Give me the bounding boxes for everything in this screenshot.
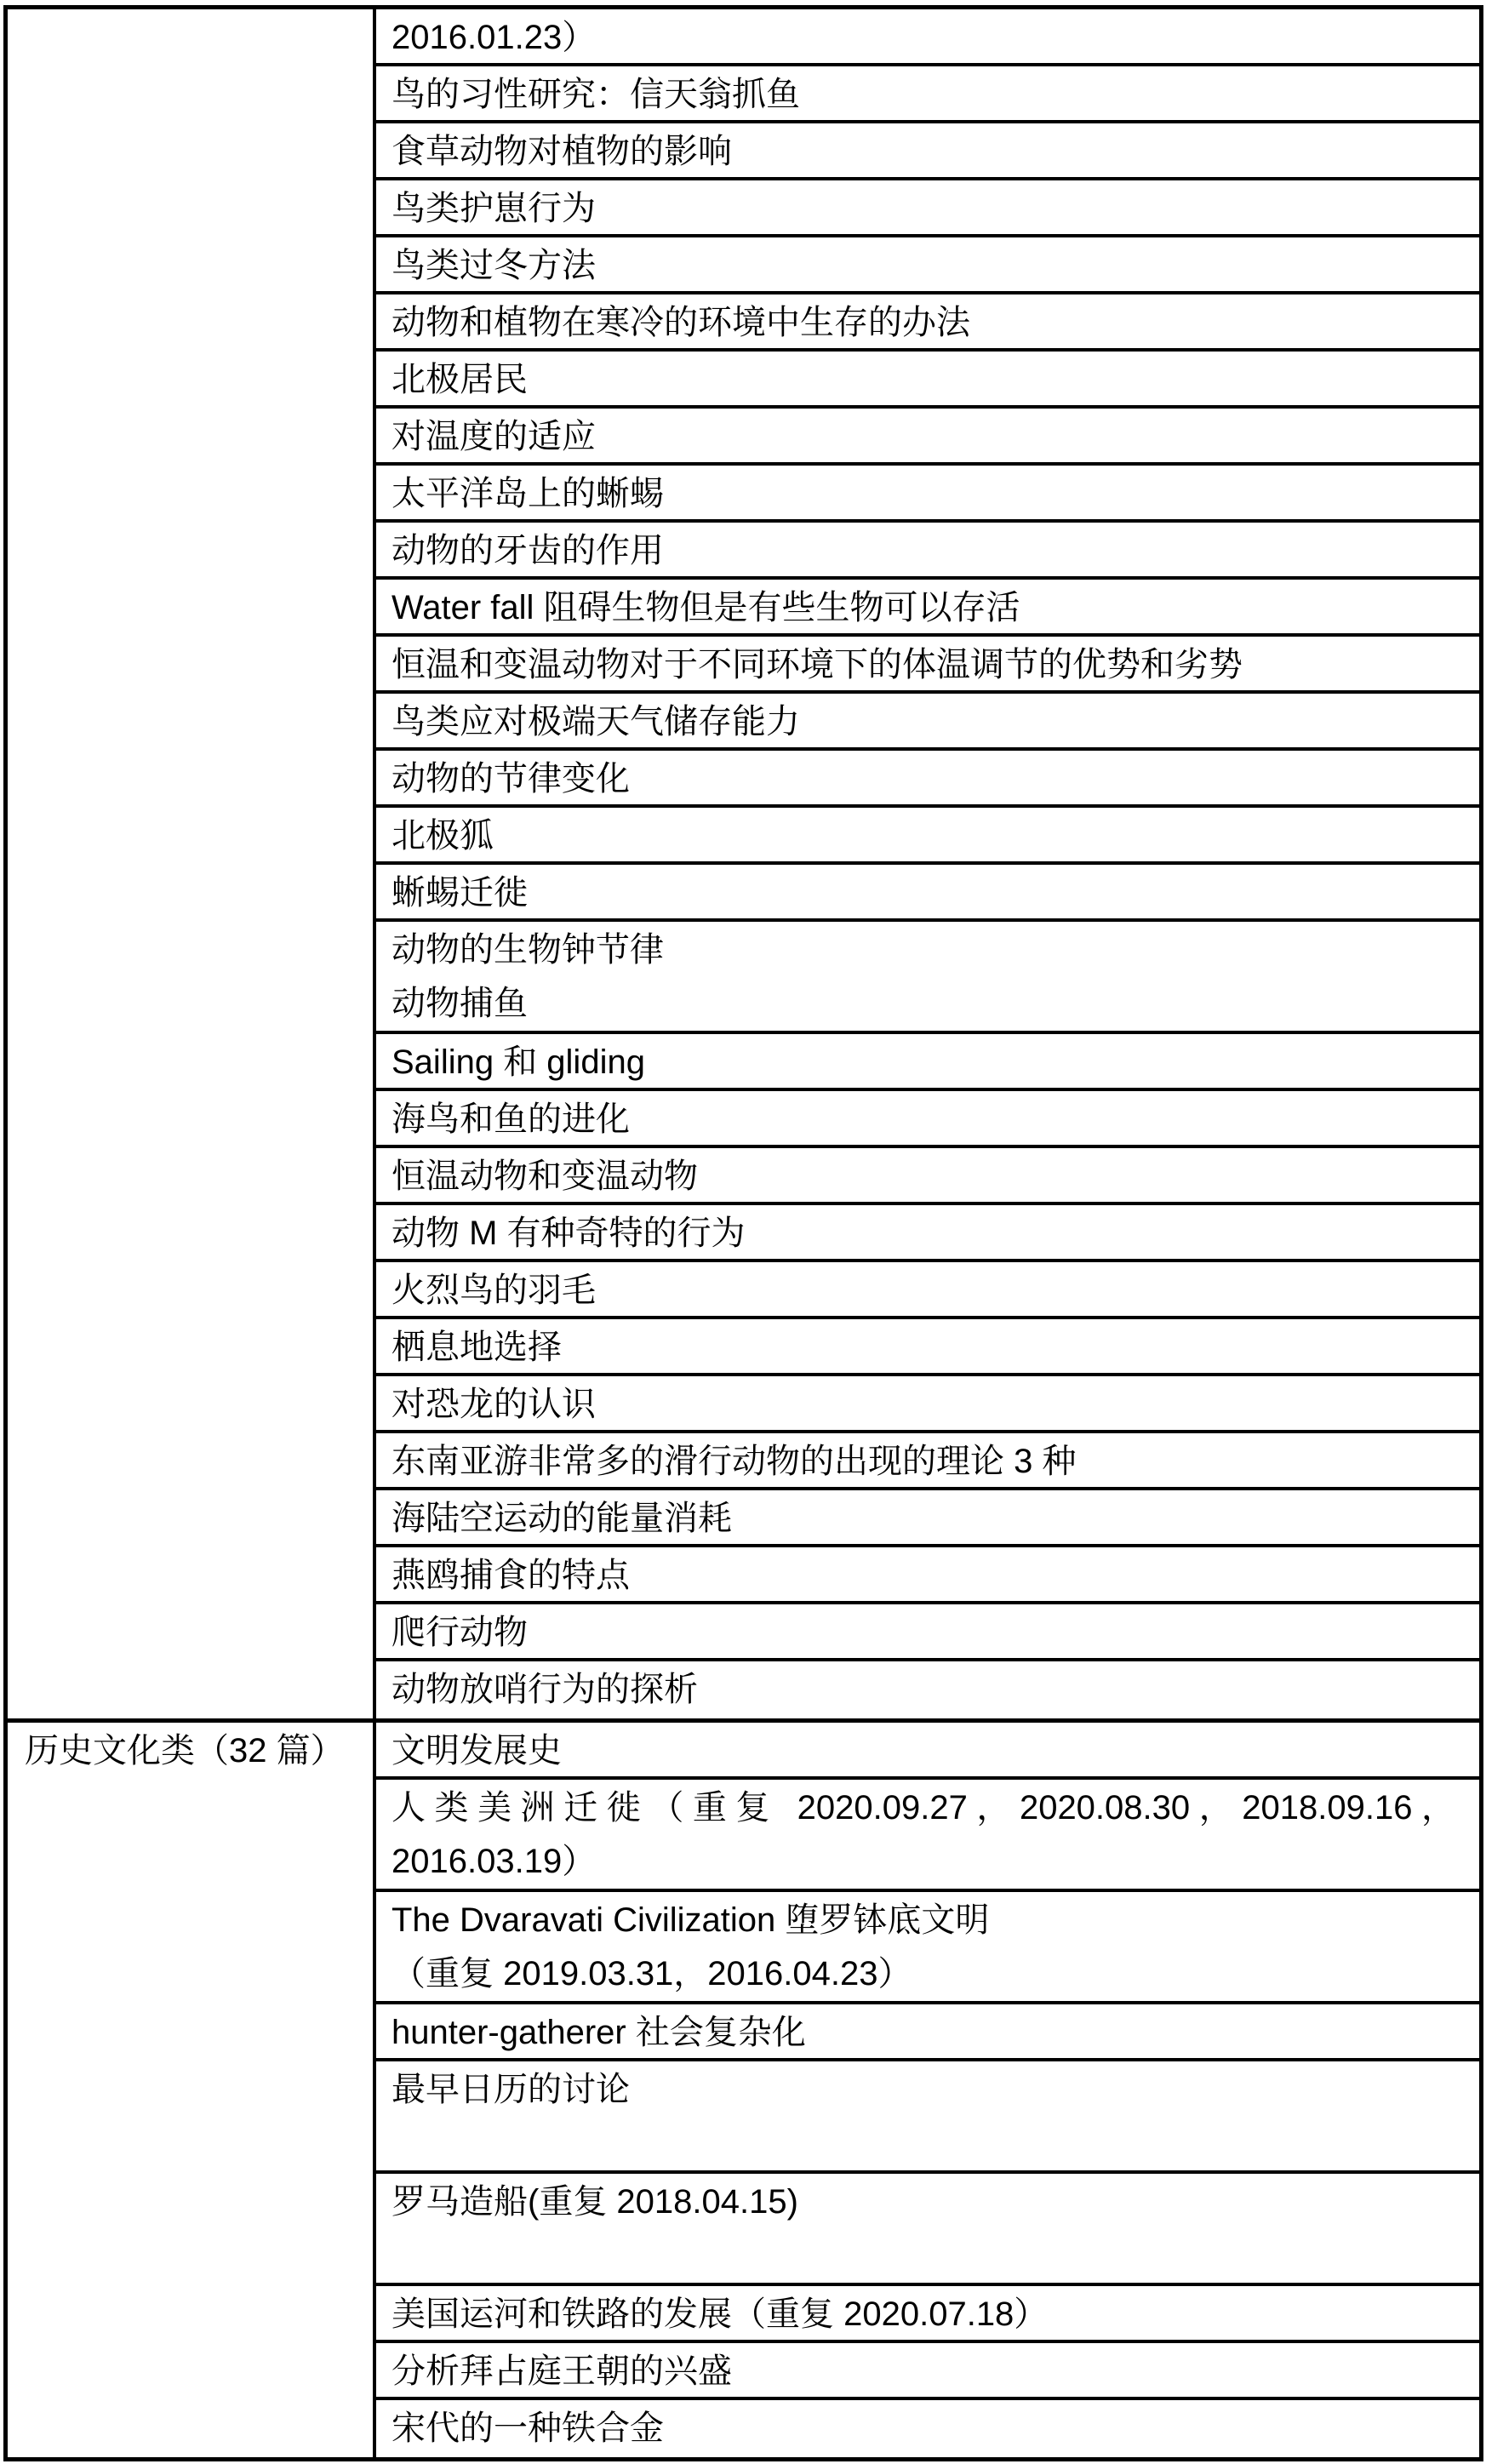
topic-text: hunter-gatherer 社会复杂化 (392, 2006, 1455, 2060)
topic-row: 对恐龙的认识 (376, 1376, 1479, 1433)
topics-table: 2016.01.23）鸟的习性研究：信天翁抓鱼食草动物对植物的影响鸟类护崽行为鸟… (3, 5, 1483, 2461)
topic-row: The Dvaravati Civilization 堕罗钵底文明（重复 201… (376, 1892, 1479, 2004)
topic-text: 北极狐 (392, 809, 1455, 863)
topic-row: 文明发展史 (376, 1723, 1479, 1780)
topic-text: 蜥蜴迁徙 (392, 866, 1455, 920)
topic-text: 最早日历的讨论 (392, 2063, 1455, 2117)
topic-row: 动物的牙齿的作用 (376, 523, 1479, 580)
topic-row: 动物和植物在寒冷的环境中生存的办法 (376, 294, 1479, 352)
topic-text: 食草动物对植物的影响 (392, 125, 1455, 179)
topics-column: 文明发展史人类美洲迁徙（重复 2020.09.27，2020.08.30，201… (376, 1723, 1479, 2457)
topic-text: 太平洋岛上的蜥蜴 (392, 467, 1455, 521)
topic-text: 鸟类过冬方法 (392, 239, 1455, 293)
topic-text: 动物 M 有种奇特的行为 (392, 1207, 1455, 1261)
topic-text: 海鸟和鱼的进化 (392, 1093, 1455, 1146)
topic-text (392, 2117, 1455, 2170)
topic-text: 鸟的习性研究：信天翁抓鱼 (392, 68, 1455, 122)
topic-row: 美国运河和铁路的发展（重复 2020.07.18） (376, 2286, 1479, 2343)
category-block: 历史文化类（32 篇）文明发展史人类美洲迁徙（重复 2020.09.27，202… (8, 1723, 1479, 2457)
topic-row: 爬行动物 (376, 1604, 1479, 1661)
topic-row: 宋代的一种铁合金 (376, 2400, 1479, 2457)
topic-row: 对温度的适应 (376, 409, 1479, 466)
topic-row: 动物的生物钟节律动物捕鱼 (376, 922, 1479, 1034)
topic-row: 北极居民 (376, 352, 1479, 409)
topic-text: 人类美洲迁徙（重复 2020.09.27，2020.08.30，2018.09.… (392, 1781, 1455, 1835)
topic-row: 最早日历的讨论 (376, 2061, 1479, 2174)
topic-row: 鸟类应对极端天气储存能力 (376, 694, 1479, 751)
topic-text: 火烈鸟的羽毛 (392, 1264, 1455, 1318)
topic-text: 动物和植物在寒冷的环境中生存的办法 (392, 296, 1455, 350)
topic-text: 鸟类应对极端天气储存能力 (392, 695, 1455, 749)
topic-row: 蜥蜴迁徙 (376, 865, 1479, 922)
topic-row: 海鸟和鱼的进化 (376, 1091, 1479, 1148)
topic-text: 动物的牙齿的作用 (392, 524, 1455, 578)
topic-text: 爬行动物 (392, 1606, 1455, 1660)
topic-row: 罗马造船(重复 2018.04.15) (376, 2174, 1479, 2286)
topic-row: 北极狐 (376, 808, 1479, 865)
topic-row: 分析拜占庭王朝的兴盛 (376, 2343, 1479, 2400)
topic-text: 海陆空运动的能量消耗 (392, 1492, 1455, 1546)
topic-text: 对温度的适应 (392, 410, 1455, 464)
topic-row: Sailing 和 gliding (376, 1034, 1479, 1091)
topic-row: Water fall 阻碍生物但是有些生物可以存活 (376, 580, 1479, 637)
topic-row: 恒温动物和变温动物 (376, 1148, 1479, 1205)
topic-row: 太平洋岛上的蜥蜴 (376, 466, 1479, 523)
topic-text: 宋代的一种铁合金 (392, 2402, 1455, 2455)
topic-text: 鸟类护崽行为 (392, 182, 1455, 236)
topics-column: 2016.01.23）鸟的习性研究：信天翁抓鱼食草动物对植物的影响鸟类护崽行为鸟… (376, 9, 1479, 1718)
topic-text: Water fall 阻碍生物但是有些生物可以存活 (392, 581, 1455, 635)
topic-text: 2016.01.23） (392, 11, 1455, 65)
topic-row: 燕鸥捕食的特点 (376, 1547, 1479, 1604)
topic-row: 海陆空运动的能量消耗 (376, 1490, 1479, 1547)
topic-text: 动物捕鱼 (392, 977, 1455, 1031)
topic-text: 分析拜占庭王朝的兴盛 (392, 2345, 1455, 2398)
topic-row: 火烈鸟的羽毛 (376, 1262, 1479, 1319)
topic-row: 动物的节律变化 (376, 751, 1479, 808)
topic-row: 食草动物对植物的影响 (376, 123, 1479, 180)
topic-row: 东南亚游非常多的滑行动物的出现的理论 3 种 (376, 1433, 1479, 1490)
topic-text: 东南亚游非常多的滑行动物的出现的理论 3 种 (392, 1435, 1455, 1489)
topic-row: 鸟类过冬方法 (376, 237, 1479, 294)
topic-row: 动物放哨行为的探析 (376, 1661, 1479, 1718)
topic-text: 美国运河和铁路的发展（重复 2020.07.18） (392, 2288, 1455, 2341)
topic-text: 燕鸥捕食的特点 (392, 1549, 1455, 1603)
topic-text: The Dvaravati Civilization 堕罗钵底文明 (392, 1894, 1455, 1947)
category-label-cell (8, 9, 376, 1718)
category-label (25, 11, 368, 65)
topic-text: 2016.03.19） (392, 1835, 1455, 1889)
topic-row: 栖息地选择 (376, 1319, 1479, 1376)
topic-text: 动物放哨行为的探析 (392, 1663, 1455, 1717)
topic-text: 恒温和变温动物对于不同环境下的体温调节的优势和劣势 (392, 638, 1455, 692)
topic-text: （重复 2019.03.31，2016.04.23） (392, 1947, 1455, 2001)
topic-text: 恒温动物和变温动物 (392, 1150, 1455, 1203)
topic-row: 人类美洲迁徙（重复 2020.09.27，2020.08.30，2018.09.… (376, 1780, 1479, 1892)
topic-row: 恒温和变温动物对于不同环境下的体温调节的优势和劣势 (376, 637, 1479, 694)
topic-text (392, 2229, 1455, 2283)
topic-row: 2016.01.23） (376, 9, 1479, 66)
topic-text: 动物的节律变化 (392, 752, 1455, 806)
topic-text: 动物的生物钟节律 (392, 923, 1455, 977)
topic-text: 栖息地选择 (392, 1321, 1455, 1375)
topic-row: 鸟的习性研究：信天翁抓鱼 (376, 66, 1479, 123)
topic-row: 动物 M 有种奇特的行为 (376, 1205, 1479, 1262)
topic-text: 罗马造船(重复 2018.04.15) (392, 2175, 1455, 2229)
category-label-cell: 历史文化类（32 篇） (8, 1723, 376, 2457)
topic-text: 对恐龙的认识 (392, 1378, 1455, 1432)
topic-text: Sailing 和 gliding (392, 1036, 1455, 1089)
topic-row: 鸟类护崽行为 (376, 180, 1479, 237)
topic-text: 北极居民 (392, 353, 1455, 407)
topic-row: hunter-gatherer 社会复杂化 (376, 2004, 1479, 2061)
category-block: 2016.01.23）鸟的习性研究：信天翁抓鱼食草动物对植物的影响鸟类护崽行为鸟… (8, 9, 1479, 1723)
topic-text: 文明发展史 (392, 1724, 1455, 1778)
category-label: 历史文化类（32 篇） (25, 1724, 368, 1778)
